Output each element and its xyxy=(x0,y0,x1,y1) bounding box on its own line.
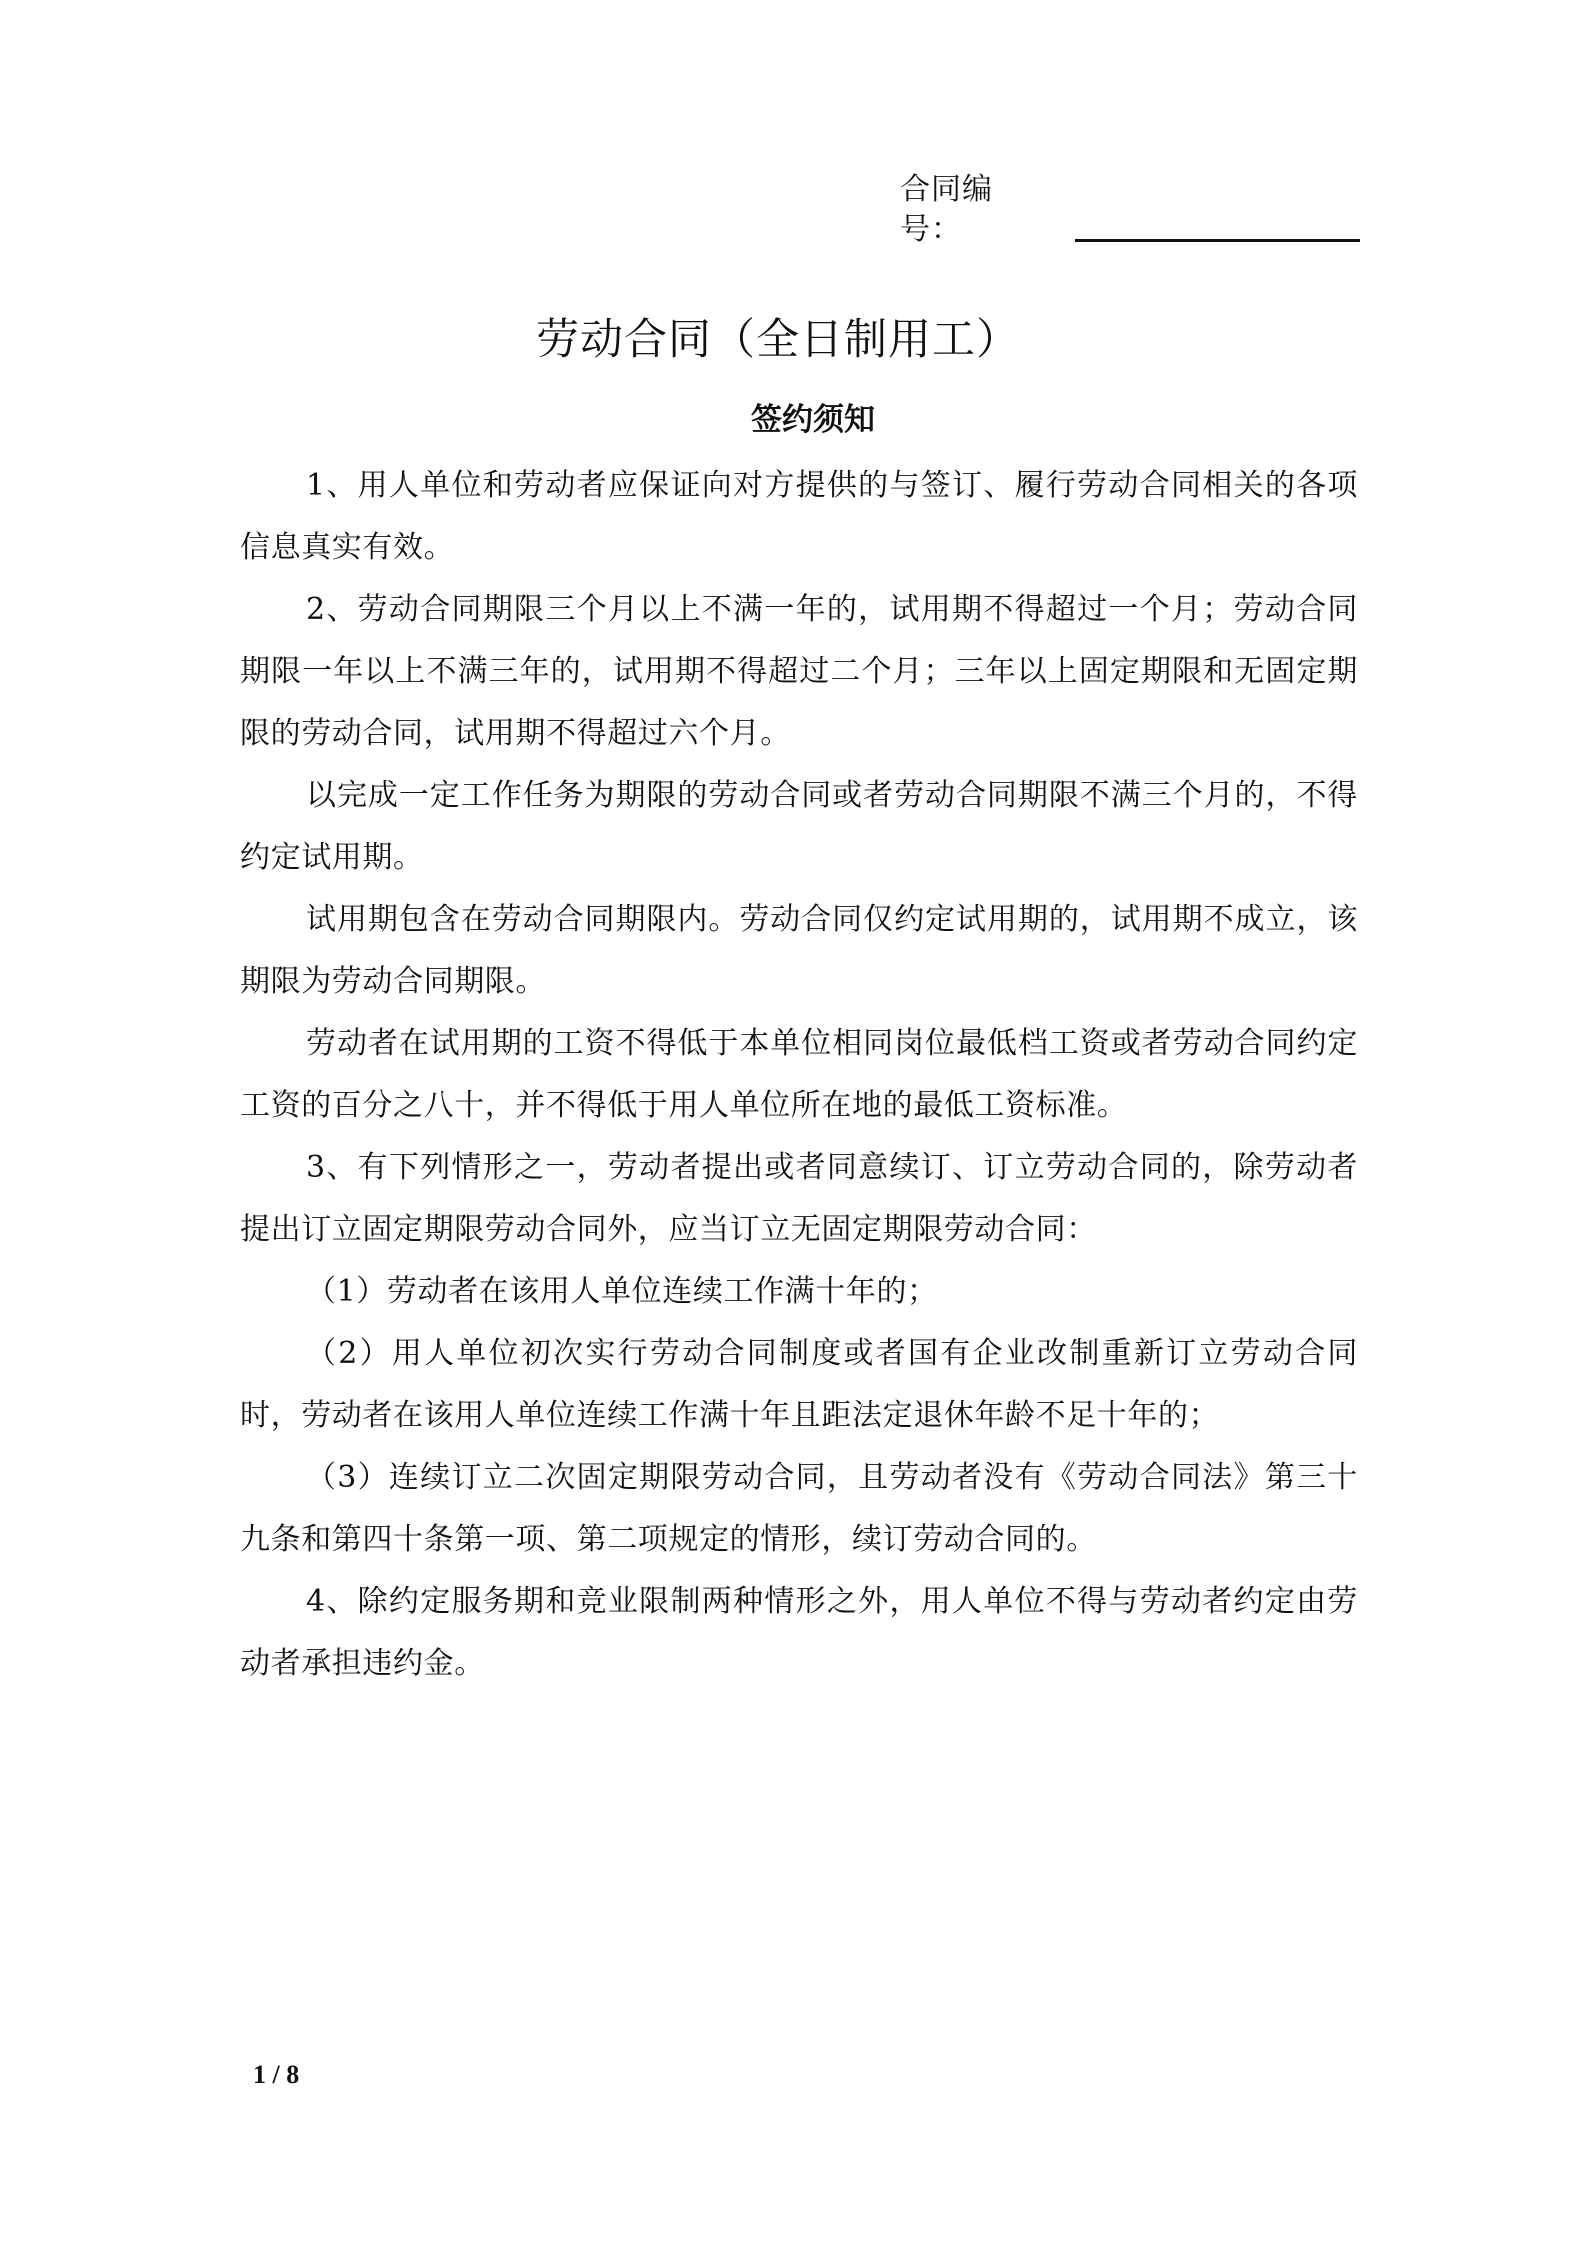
contract-number-label: 合同编号： xyxy=(900,170,1053,250)
document-title: 劳动合同（全日制用工） xyxy=(0,310,1586,370)
document-page: 合同编号： 劳动合同（全日制用工） 签约须知 1、用人单位和劳动者应保证向对方提… xyxy=(0,0,1586,2244)
paragraph-5: 劳动者在试用期的工资不得低于本单位相同岗位最低档工资或者劳动合同约定工资的百分之… xyxy=(240,1013,1358,1137)
contract-number-blank-line xyxy=(1075,205,1360,242)
paragraph-1: 1、用人单位和劳动者应保证向对方提供的与签订、履行劳动合同相关的各项信息真实有效… xyxy=(240,455,1358,579)
contract-number-field: 合同编号： xyxy=(900,200,1360,250)
paragraph-3: 以完成一定工作任务为期限的劳动合同或者劳动合同期限不满三个月的，不得约定试用期。 xyxy=(240,765,1358,889)
section-heading: 签约须知 xyxy=(0,395,1586,445)
page-number: 1 / 8 xyxy=(253,2060,299,2090)
paragraph-9: （3）连续订立二次固定期限劳动合同，且劳动者没有《劳动合同法》第三十九条和第四十… xyxy=(240,1447,1358,1571)
document-body: 1、用人单位和劳动者应保证向对方提供的与签订、履行劳动合同相关的各项信息真实有效… xyxy=(240,455,1358,1695)
paragraph-10: 4、除约定服务期和竞业限制两种情形之外，用人单位不得与劳动者约定由劳动者承担违约… xyxy=(240,1571,1358,1695)
paragraph-6: 3、有下列情形之一，劳动者提出或者同意续订、订立劳动合同的，除劳动者提出订立固定… xyxy=(240,1137,1358,1261)
paragraph-4: 试用期包含在劳动合同期限内。劳动合同仅约定试用期的，试用期不成立，该期限为劳动合… xyxy=(240,889,1358,1013)
paragraph-2: 2、劳动合同期限三个月以上不满一年的，试用期不得超过一个月；劳动合同期限一年以上… xyxy=(240,579,1358,765)
paragraph-7: （1）劳动者在该用人单位连续工作满十年的； xyxy=(240,1261,1358,1323)
paragraph-8: （2）用人单位初次实行劳动合同制度或者国有企业改制重新订立劳动合同时，劳动者在该… xyxy=(240,1323,1358,1447)
